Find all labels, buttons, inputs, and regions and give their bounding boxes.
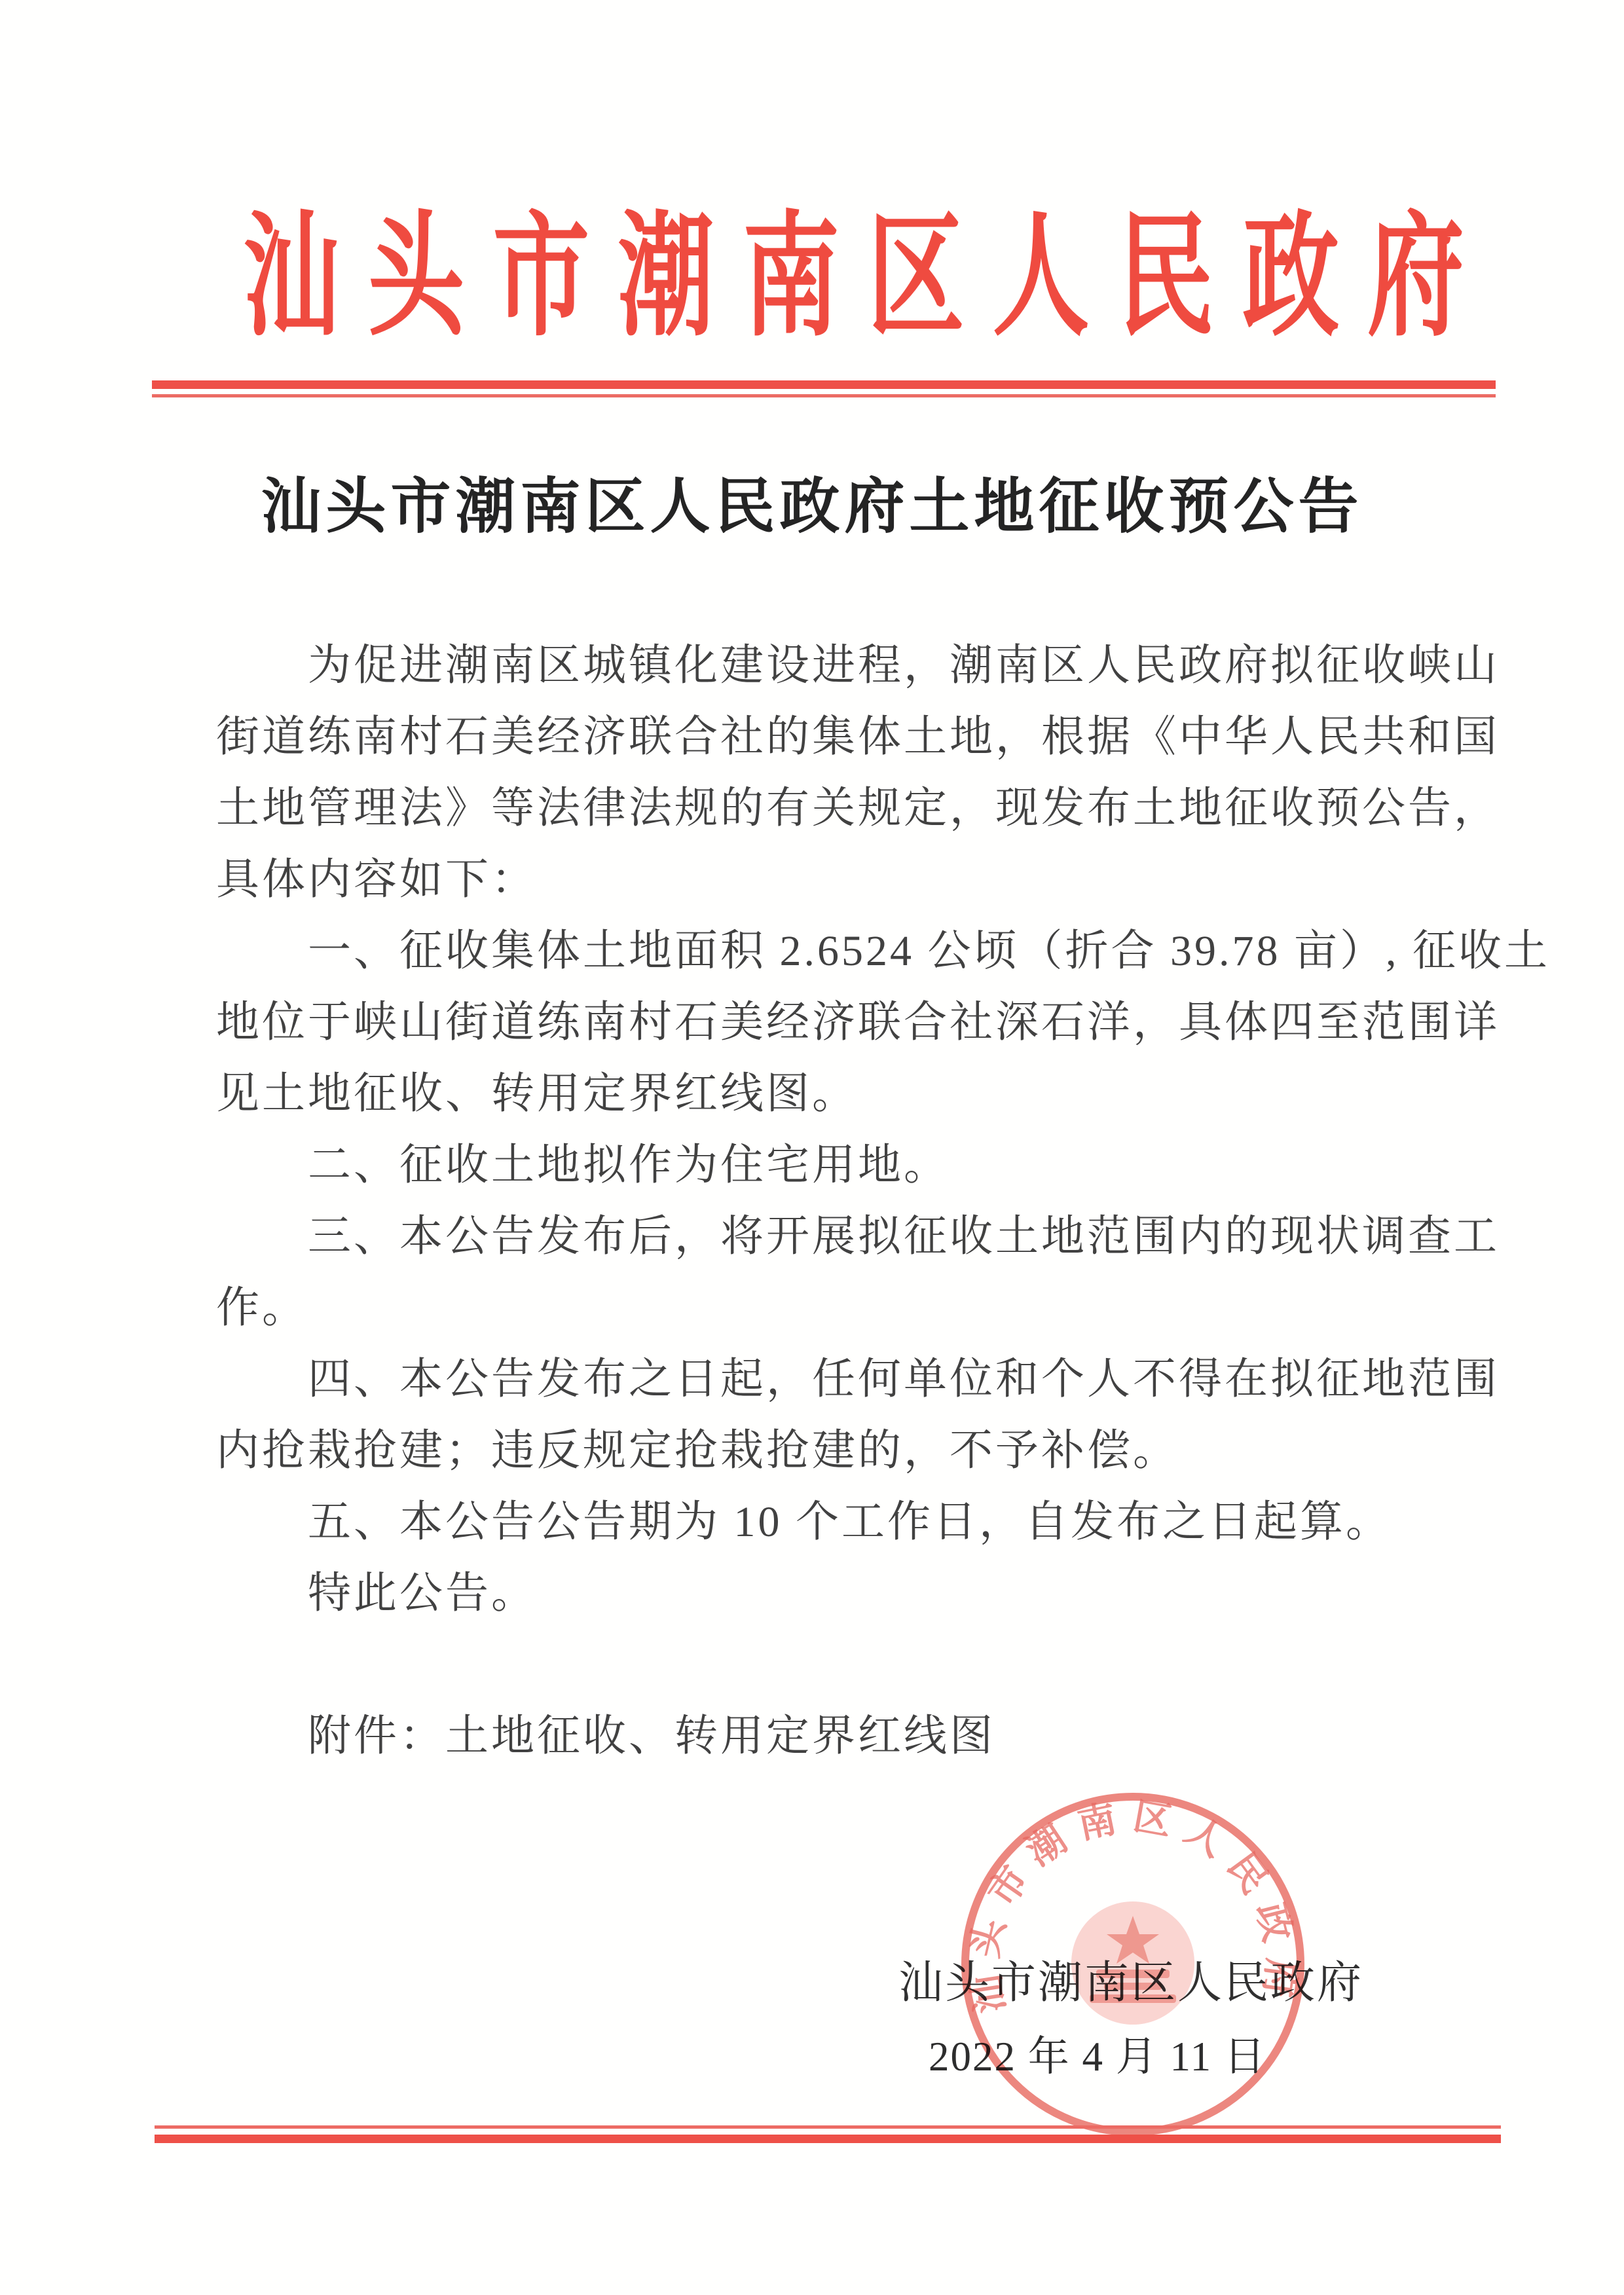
- letterhead-title-text: 汕头市潮南区人民政府: [243, 211, 1492, 345]
- body-text: 为促进潮南区城镇化建设进程，潮南区人民政府拟征收峡山 街道练南村石美经济联合社的…: [216, 630, 1414, 1772]
- body-line: 特此公告。: [216, 1558, 1414, 1629]
- body-line: 二、征收土地拟作为住宅用地。: [216, 1129, 1414, 1201]
- body-line: 地位于峡山街道练南村石美经济联合社深石洋，具体四至范围详: [216, 987, 1414, 1058]
- attachment-line: 附件：土地征收、转用定界红线图: [216, 1700, 1414, 1772]
- top-rule-thin: [152, 394, 1496, 397]
- body-line: 四、本公告发布之日起，任何单位和个人不得在拟征地范围: [216, 1344, 1414, 1415]
- scanned-document: { "letterhead": { "title": "汕头市潮南区人民政府",…: [0, 0, 1624, 2295]
- body-line: 一、征收集体土地面积 2.6524 公顷（折合 39.78 亩）, 征收土: [216, 915, 1414, 987]
- document-page: 汕头市潮南区人民政府 汕头市潮南区人民政府土地征收预公告 为促进潮南区城镇化建设…: [0, 0, 1624, 2295]
- letterhead-title: 汕头市潮南区人民政府: [0, 211, 1624, 345]
- body-line: 内抢栽抢建；违反规定抢栽抢建的，不予补偿。: [216, 1415, 1414, 1486]
- body-line-spacer: [216, 1629, 1414, 1700]
- body-line: 具体内容如下：: [216, 844, 1414, 915]
- document-title: 汕头市潮南区人民政府土地征收预公告: [0, 477, 1624, 537]
- top-rule-thick: [152, 380, 1496, 389]
- bottom-rule-thin: [155, 2125, 1501, 2129]
- body-line: 见土地征收、转用定界红线图。: [216, 1058, 1414, 1129]
- body-line: 三、本公告发布后，将开展拟征收土地范围内的现状调查工: [216, 1201, 1414, 1272]
- body-line: 作。: [216, 1272, 1414, 1344]
- signature-organization: 汕头市潮南区人民政府: [898, 1960, 1363, 2005]
- body-line: 土地管理法》等法律法规的有关规定，现发布土地征收预公告，: [216, 773, 1414, 844]
- body-line: 街道练南村石美经济联合社的集体土地，根据《中华人民共和国: [216, 701, 1414, 773]
- body-line: 为促进潮南区城镇化建设进程，潮南区人民政府拟征收峡山: [216, 630, 1414, 701]
- bottom-rule-thick: [155, 2135, 1501, 2143]
- body-line: 五、本公告公告期为 10 个工作日，自发布之日起算。: [216, 1486, 1414, 1558]
- signature-date: 2022 年 4 月 11 日: [929, 2036, 1266, 2078]
